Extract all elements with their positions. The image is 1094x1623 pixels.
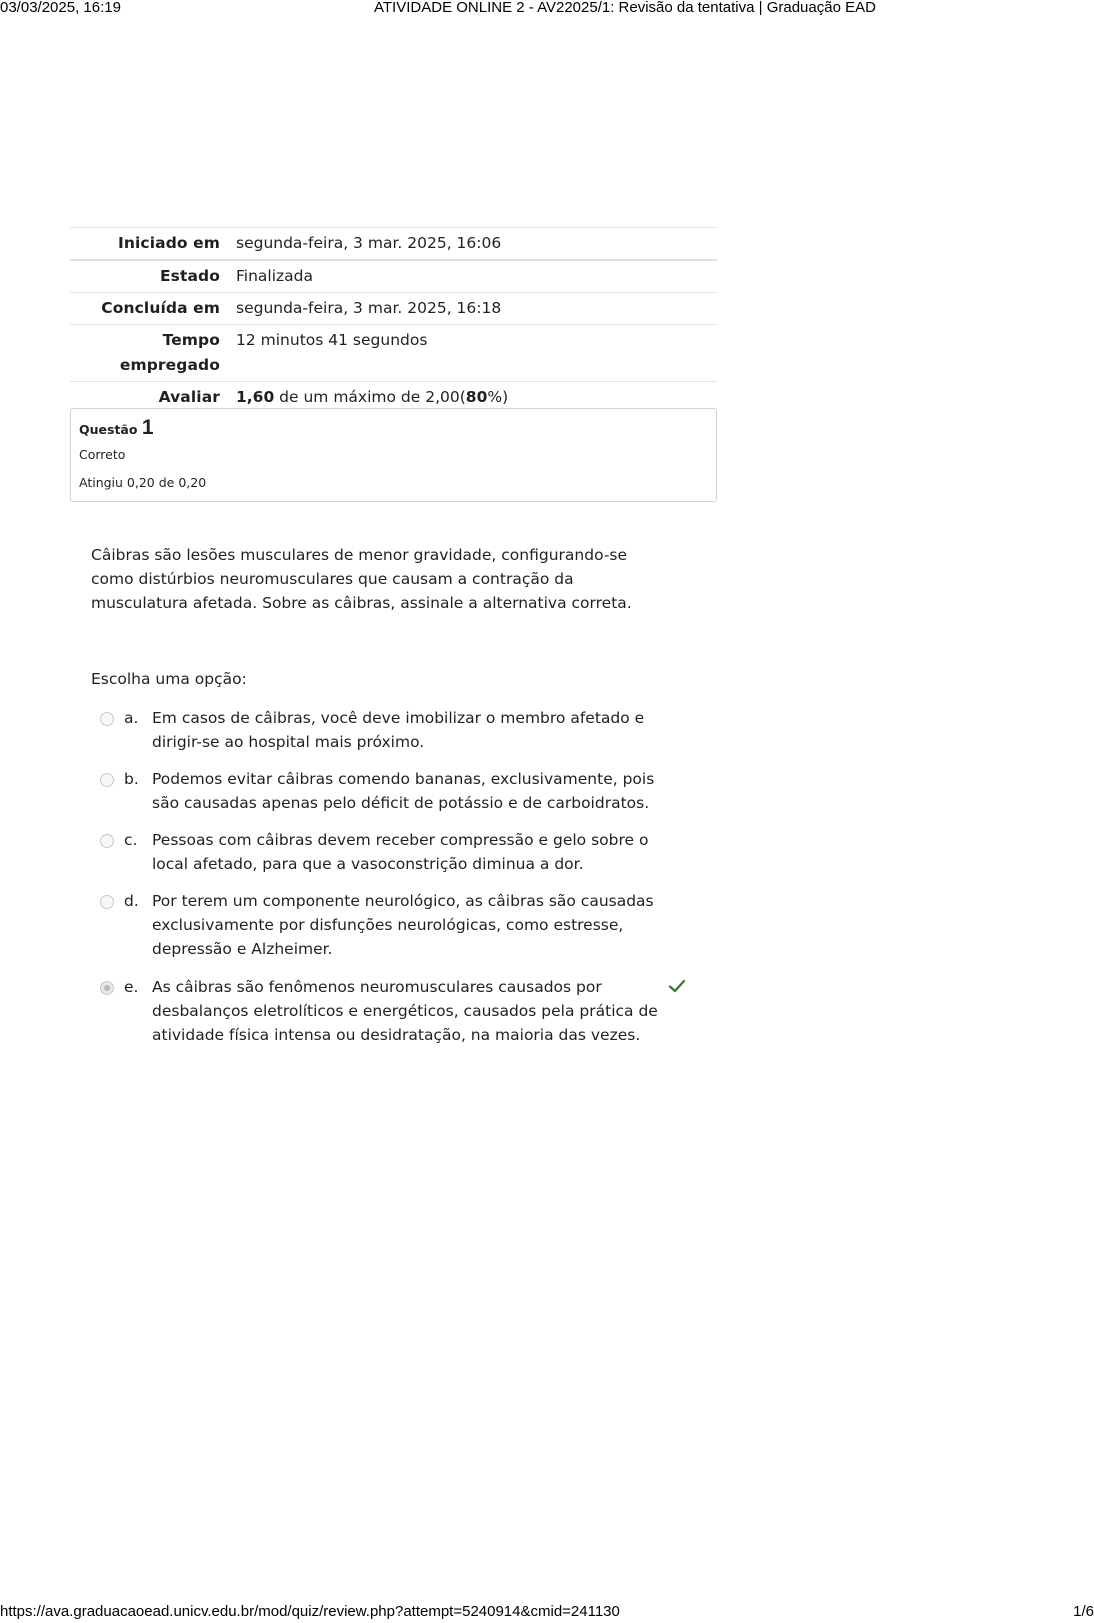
grade-score: 1,60	[236, 388, 274, 406]
print-header: 03/03/2025, 16:19 ATIVIDADE ONLINE 2 - A…	[0, 0, 1094, 18]
answer-letter: e.	[124, 975, 138, 999]
answer-text: Pessoas com câibras devem receber compre…	[152, 828, 682, 876]
grade-suffix: %)	[487, 388, 508, 406]
question-text: Câibras são lesões musculares de menor g…	[91, 543, 671, 615]
summary-row-state: Estado Finalizada	[70, 260, 717, 293]
summary-value: segunda-feira, 3 mar. 2025, 16:18	[228, 293, 717, 325]
summary-value: segunda-feira, 3 mar. 2025, 16:06	[228, 228, 717, 261]
print-title: ATIVIDADE ONLINE 2 - AV22025/1: Revisão …	[374, 0, 876, 16]
radio-button[interactable]	[100, 712, 114, 726]
print-datetime: 03/03/2025, 16:19	[0, 0, 121, 16]
answer-letter: b.	[124, 767, 139, 791]
grade-percent: 80	[466, 388, 488, 406]
question-number: Questão 1	[79, 416, 154, 440]
print-page-number: 1/6	[1073, 1603, 1094, 1620]
radio-button[interactable]	[100, 834, 114, 848]
answer-letter: c.	[124, 828, 137, 852]
answer-text: Em casos de câibras, você deve imobiliza…	[152, 706, 682, 754]
summary-row-time-taken: Tempo empregado 12 minutos 41 segundos	[70, 325, 717, 382]
attempt-summary-table: Iniciado em segunda-feira, 3 mar. 2025, …	[70, 227, 717, 413]
summary-label: Iniciado em	[70, 228, 228, 261]
radio-button[interactable]	[100, 895, 114, 909]
summary-label: Tempo empregado	[70, 325, 228, 382]
answer-prompt: Escolha uma opção:	[91, 670, 247, 688]
summary-label: Concluída em	[70, 293, 228, 325]
question-state: Correto	[79, 447, 125, 462]
summary-value: 12 minutos 41 segundos	[228, 325, 717, 382]
answer-text: As câibras são fenômenos neuromusculares…	[152, 975, 682, 1047]
question-grade: Atingiu 0,20 de 0,20	[79, 475, 206, 490]
summary-row-started: Iniciado em segunda-feira, 3 mar. 2025, …	[70, 228, 717, 261]
question-number-value: 1	[142, 416, 154, 439]
radio-button[interactable]	[100, 773, 114, 787]
summary-label: Estado	[70, 260, 228, 293]
answer-letter: d.	[124, 889, 139, 913]
answer-text: Por terem um componente neurológico, as …	[152, 889, 682, 961]
question-info-box: Questão 1 Correto Atingiu 0,20 de 0,20	[70, 408, 717, 502]
print-footer: https://ava.graduacaoead.unicv.edu.br/mo…	[0, 1603, 1094, 1621]
answer-text: Podemos evitar câibras comendo bananas, …	[152, 767, 682, 815]
print-url: https://ava.graduacaoead.unicv.edu.br/mo…	[0, 1603, 620, 1620]
answer-letter: a.	[124, 706, 138, 730]
grade-middle: de um máximo de 2,00(	[274, 388, 466, 406]
summary-row-completed: Concluída em segunda-feira, 3 mar. 2025,…	[70, 293, 717, 325]
radio-button-selected[interactable]	[100, 981, 114, 995]
check-icon	[668, 977, 686, 995]
summary-value: Finalizada	[228, 260, 717, 293]
question-label: Questão	[79, 422, 137, 437]
